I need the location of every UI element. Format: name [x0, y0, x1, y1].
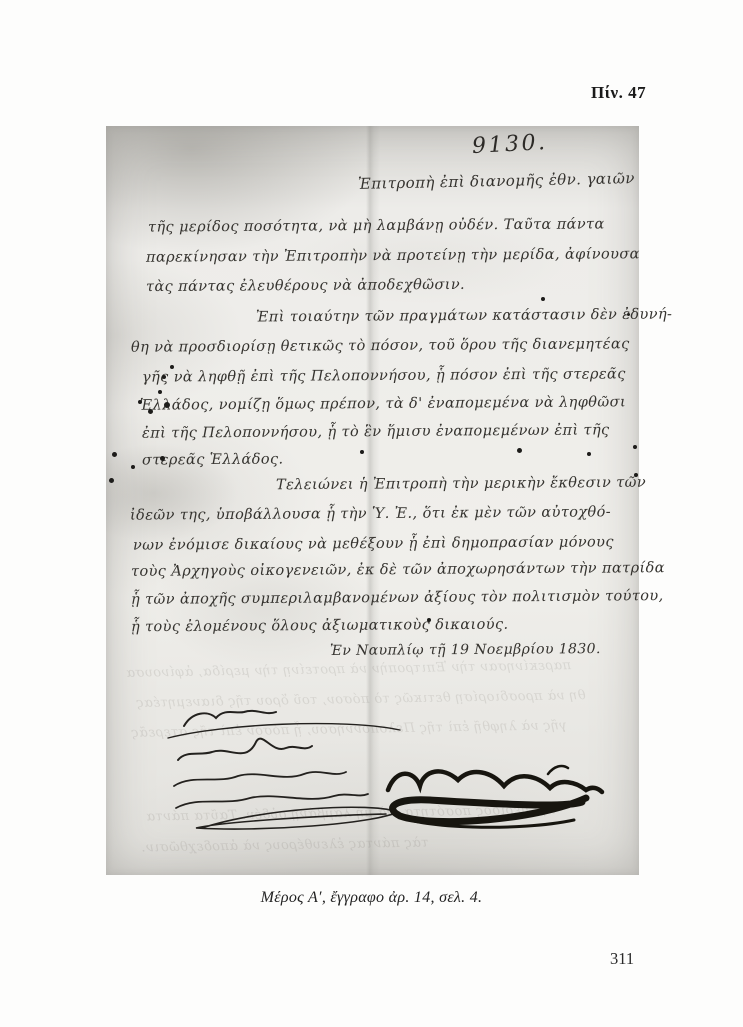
ink-speck — [158, 390, 162, 394]
ink-speck — [162, 375, 166, 379]
ghost-line: παρεκίνησαν τὴν Ἐπιτροπὴν νὰ προτείνῃ τὴ… — [126, 658, 571, 681]
ink-speck — [627, 313, 630, 316]
ink-speck — [517, 448, 522, 453]
manuscript-line: θη νὰ προσδιορίσῃ θετικῶς τὸ πόσον, τοῦ … — [131, 336, 630, 355]
ink-speck — [148, 409, 153, 414]
plate-label: Πίν. 47 — [591, 83, 646, 103]
ink-speck — [633, 445, 637, 449]
ink-speck — [138, 400, 142, 404]
manuscript-line: ἰδεῶν της, ὑποβάλλουσα ᾗ τὴν Ὑ. Ἐ., ὅτι … — [130, 504, 611, 523]
manuscript-dateline: Ἐν Ναυπλίῳ τῇ 19 Νοεμβρίου 1830. — [330, 641, 601, 659]
manuscript-line: τοὺς Ἀρχηγοὺς οἰκογενειῶν, ἐκ δὲ τῶν ἀπο… — [131, 560, 665, 580]
manuscript-line: παρεκίνησαν τὴν Ἐπιτροπὴν νὰ προτείνῃ τὴ… — [146, 246, 640, 265]
protocol-number: 9130. — [471, 130, 548, 159]
ink-speck — [634, 473, 638, 477]
manuscript-heading: Ἐπιτροπὴ ἐπὶ διανομῆς ἐθν. γαιῶν — [358, 169, 635, 193]
ink-speck — [360, 450, 364, 454]
ink-speck — [170, 365, 174, 369]
manuscript-line: ᾗ τῶν ἀποχῆς συμπεριλαμβανομένων ἀξίους … — [131, 588, 664, 608]
book-page: Πίν. 47 παρεκίνησαν τὴν Ἐπιτροπὴν νὰ προ… — [0, 0, 743, 1027]
signature-right — [378, 758, 613, 843]
manuscript-line: Ἑλλάδος, νομίζῃ ὅμως πρέπον, τὰ δ' ἐναπο… — [140, 394, 626, 413]
manuscript-line: Ἐπὶ τοιαύτην τῶν πραγμάτων κατάστασιν δὲ… — [256, 307, 672, 326]
manuscript-line: τῆς μερίδος ποσότητα, νὰ μὴ λαμβάνῃ οὐδέ… — [148, 216, 605, 235]
manuscript-line: γῆς νὰ ληφθῇ ἐπὶ τῆς Πελοποννήσου, ᾗ πόσ… — [142, 366, 626, 385]
ink-speck — [112, 452, 117, 457]
ink-speck — [109, 478, 114, 483]
ink-speck — [541, 297, 545, 301]
ink-speck — [131, 465, 135, 469]
ink-speck — [427, 618, 431, 622]
photo-caption: Μέρος Α′, ἔγγραφο ἀρ. 14, σελ. 4. — [0, 889, 743, 907]
manuscript-line: τὰς πάντας ἐλευθέρους νὰ ἀποδεχθῶσιν. — [146, 277, 465, 295]
manuscript-line: Τελειώνει ἡ Ἐπιτροπὴ τὴν μερικὴν ἔκθεσιν… — [276, 475, 646, 494]
manuscript-line: νων ἐνόμισε δικαίους νὰ μεθέξουν ᾗ ἐπὶ δ… — [133, 534, 614, 553]
ink-speck — [164, 402, 170, 408]
manuscript-line: ἐπὶ τῆς Πελοποννήσου, ᾗ τὸ ἓν ἥμισυ ἐναπ… — [142, 422, 610, 441]
ink-speck — [587, 452, 591, 456]
ink-speck — [160, 456, 165, 461]
manuscript-line: ᾗ τοὺς ἐλομένους ὅλους ἀξιωματικοὺς δικα… — [131, 617, 509, 636]
manuscript-scan: παρεκίνησαν τὴν Ἐπιτροπὴν νὰ προτείνῃ τὴ… — [106, 126, 639, 875]
page-number: 311 — [610, 949, 634, 969]
